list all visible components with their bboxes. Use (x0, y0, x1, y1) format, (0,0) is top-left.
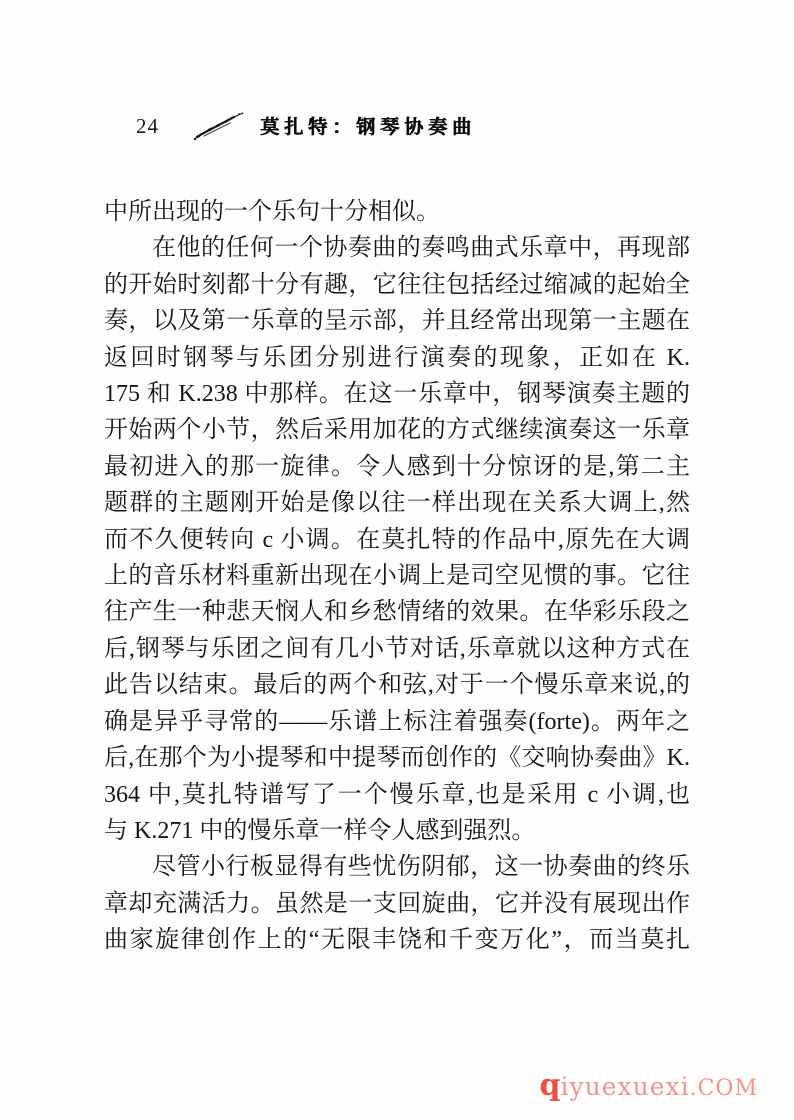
text-line: 题群的主题刚开始是像以往一样出现在关系大调上,然 (104, 485, 690, 521)
paragraph: 中所出现的一个乐句十分相似。 (104, 194, 690, 230)
text-line: 此告以结束。最后的两个和弦,对于一个慢乐章来说,的 (104, 667, 690, 703)
text-line: 中所出现的一个乐句十分相似。 (104, 194, 690, 230)
paragraph: 尽管小行板显得有些忧伤阴郁，这一协奏曲的终乐章却充满活力。虽然是一支回旋曲，它并… (104, 849, 690, 958)
text-line: 确是异乎寻常的——乐谱上标注着强奏(forte)。两年之 (104, 704, 690, 740)
text-line: 在他的任何一个协奏曲的奏鸣曲式乐章中，再现部 (104, 230, 690, 266)
page-number: 24 (136, 114, 159, 139)
text-line: 364 中,莫扎特谱写了一个慢乐章,也是采用 c 小调,也 (104, 777, 690, 813)
text-line: 175 和 K.238 中那样。在这一乐章中，钢琴演奏主题的 (104, 376, 690, 412)
text-line: 开始两个小节，然后采用加花的方式继续演奏这一乐章 (104, 412, 690, 448)
text-line: 后,钢琴与乐团之间有几小节对话,乐章就以这种方式在 (104, 631, 690, 667)
text-line: 章却充满活力。虽然是一支回旋曲，它并没有展现出作 (104, 886, 690, 922)
text-line: 返回时钢琴与乐团分别进行演奏的现象，正如在 K. (104, 340, 690, 376)
watermark-tld-text: .COM (690, 1076, 758, 1101)
text-line: 奏，以及第一乐章的呈示部，并且经常出现第一主题在 (104, 303, 690, 339)
page-body-text: 中所出现的一个乐句十分相似。在他的任何一个协奏曲的奏鸣曲式乐章中，再现部的开始时… (104, 194, 690, 959)
text-line: 而不久便转向 c 小调。在莫扎特的作品中,原先在大调 (104, 522, 690, 558)
text-line: 最初进入的那一旋律。令人感到十分惊讶的是,第二主 (104, 449, 690, 485)
text-line: 的开始时刻都十分有趣，它往往包括经过缩减的起始全 (104, 267, 690, 303)
quill-flourish-icon (190, 106, 250, 142)
site-watermark: qiyuexuexi.COM (540, 1068, 758, 1103)
text-line: 曲家旋律创作上的“无限丰饶和千变万化”，而当莫扎 (104, 922, 690, 958)
paragraph: 在他的任何一个协奏曲的奏鸣曲式乐章中，再现部的开始时刻都十分有趣，它往往包括经过… (104, 230, 690, 849)
watermark-lead-letter: q (540, 1068, 561, 1103)
text-line: 尽管小行板显得有些忧伤阴郁，这一协奏曲的终乐 (104, 849, 690, 885)
text-line: 往产生一种悲天悯人和乡愁情绪的效果。在华彩乐段之 (104, 594, 690, 630)
text-line: 与 K.271 中的慢乐章一样令人感到强烈。 (104, 813, 690, 849)
book-page: 24 莫扎特：钢琴协奏曲 中所出现的一个乐句十分相似。在他的任何一个协奏曲的奏鸣… (0, 0, 794, 1120)
text-line: 上的音乐材料重新出现在小调上是司空见惯的事。它往 (104, 558, 690, 594)
watermark-domain-text: iyuexuexi (561, 1072, 690, 1101)
text-line: 后,在那个为小提琴和中提琴而创作的《交响协奏曲》K. (104, 740, 690, 776)
running-head-title: 莫扎特：钢琴协奏曲 (260, 112, 476, 139)
